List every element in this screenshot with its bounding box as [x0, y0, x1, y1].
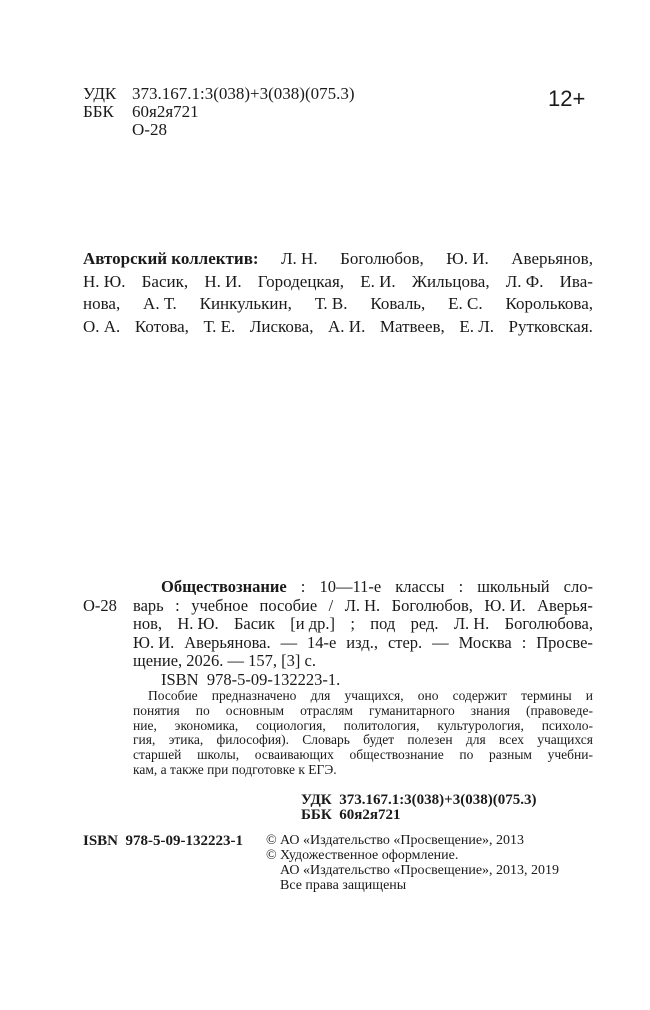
word: предназначено — [212, 689, 297, 704]
word: отраслям — [300, 704, 353, 719]
word: : — [522, 634, 527, 653]
word: О. А. — [83, 316, 120, 339]
word: психоло- — [542, 719, 593, 734]
annotation-line: ние,экономика,социология,политология,кул… — [133, 719, 593, 734]
authors-heading: Авторский коллектив: — [83, 248, 259, 271]
word: гуманитарного — [369, 704, 455, 719]
word: Е. С. — [448, 293, 482, 316]
annotation-line: кам, а также при подготовке к ЕГЭ. — [133, 763, 593, 778]
word: всех — [499, 733, 524, 748]
word: Москва — [459, 634, 512, 653]
authors-line: нова,А. Т.Кинкулькин,Т. В.Коваль,Е. С.Ко… — [83, 293, 593, 316]
word: нов, — [133, 615, 162, 634]
copyright-line: ©АО «Издательство «Просвещение», 2013 — [266, 833, 559, 848]
word: изд., — [346, 634, 378, 653]
footer-udk: УДК 373.167.1:3(038)+3(038)(075.3) — [301, 793, 536, 808]
word: для — [311, 689, 331, 704]
word: Ю. И. — [446, 248, 489, 271]
word: Просве- — [536, 634, 593, 653]
word: Н. Ю. — [83, 271, 126, 294]
word: по — [196, 704, 210, 719]
udk-value: 373.167.1:3(038)+3(038)(075.3) — [132, 85, 355, 103]
annotation-line: старшейшколы,осваивающихобществознаниепо… — [133, 748, 593, 763]
word: Аверья- — [537, 597, 593, 616]
word: социология, — [256, 719, 326, 734]
word: знания — [471, 704, 510, 719]
word: [и др.] — [290, 615, 335, 634]
word: Боголюбов, — [340, 248, 424, 271]
authors-line: Авторский коллектив: Л. Н.Боголюбов,Ю. И… — [83, 248, 593, 271]
author-mark-row: О-28 — [83, 121, 355, 139]
udk-label: УДК — [83, 85, 132, 103]
word: — — [281, 634, 298, 653]
word: сло- — [564, 578, 593, 597]
word: будет — [363, 733, 394, 748]
udk-row: УДК 373.167.1:3(038)+3(038)(075.3) — [83, 85, 355, 103]
biblio-line: нов,Н. Ю.Басик[и др.];подред.Л. Н.Боголю… — [83, 615, 593, 634]
author-collective: Авторский коллектив: Л. Н.Боголюбов,Ю. И… — [83, 248, 593, 338]
bbk-value: 60я2я721 — [132, 103, 199, 121]
word: Басик — [234, 615, 275, 634]
authors-line: Н. Ю.Басик,Н. И.Городецкая,Е. И.Жильцова… — [83, 271, 593, 294]
word: ред. — [411, 615, 439, 634]
word: философия). — [216, 733, 289, 748]
rights-reserved: Все права защищены — [266, 878, 559, 893]
footer-classification: УДК 373.167.1:3(038)+3(038)(075.3) ББК 6… — [301, 793, 536, 823]
word: Ива- — [560, 271, 593, 294]
copyright-text: АО «Издательство «Просвещение», 2013 — [280, 833, 524, 848]
word: нова, — [83, 293, 120, 316]
word: пособие — [260, 597, 318, 616]
word: Кинкулькин, — [200, 293, 292, 316]
word: оно — [418, 689, 439, 704]
word: основным — [226, 704, 284, 719]
book-title: Обществознание — [161, 578, 287, 597]
word: под — [370, 615, 395, 634]
copyright-block: ©АО «Издательство «Просвещение», 2013 ©Х… — [266, 833, 559, 893]
word: полезен — [407, 733, 452, 748]
annotation-line: понятияпоосновнымотраслямгуманитарногозн… — [133, 704, 593, 719]
word: Н. Ю. — [177, 615, 218, 634]
word: : — [459, 578, 464, 597]
word: Пособие — [148, 689, 198, 704]
biblio-author-mark: О-28 — [83, 597, 117, 616]
word: содержит — [453, 689, 507, 704]
word: Словарь — [302, 733, 350, 748]
word: щение, 2026. — 157, [3] с. — [133, 652, 316, 671]
word: и — [586, 689, 593, 704]
annotation-line: Пособиепредназначенодляучащихся,оносодер… — [133, 689, 593, 704]
copyright-icon: © — [266, 833, 280, 848]
annotation-line: гия,этика,философия).Словарьбудетполезен… — [133, 733, 593, 748]
word: по — [459, 748, 473, 763]
word: Боголюбов, — [392, 597, 473, 616]
bbk-label: ББК — [83, 103, 132, 121]
footer-bbk: ББК 60я2я721 — [301, 808, 536, 823]
classification-codes: УДК 373.167.1:3(038)+3(038)(075.3) ББК 6… — [83, 85, 355, 139]
word: 14-е — [307, 634, 336, 653]
word: Лискова, — [250, 316, 314, 339]
word: Аверьянов, — [511, 248, 593, 271]
word: Котова, — [135, 316, 189, 339]
word: Т. В. — [315, 293, 348, 316]
word: Городецкая, — [258, 271, 344, 294]
word: ние, — [133, 719, 157, 734]
word: 10—11-е — [319, 578, 381, 597]
author-mark: О-28 — [132, 121, 167, 139]
word: / — [329, 597, 334, 616]
word: А. Т. — [143, 293, 177, 316]
copyright-text: Художественное оформление. — [280, 848, 458, 863]
biblio-line: варь:учебноепособие/Л. Н.Боголюбов,Ю. И.… — [83, 597, 593, 616]
word: учебное — [191, 597, 248, 616]
word: Н. И. — [204, 271, 241, 294]
word: термины — [521, 689, 572, 704]
biblio-line: Обществознание :10—11-еклассы:школьныйсл… — [83, 578, 593, 597]
word: понятия — [133, 704, 180, 719]
biblio-line: щение, 2026. — 157, [3] с. — [83, 652, 593, 671]
word: школьный — [477, 578, 549, 597]
word: Коваль, — [370, 293, 425, 316]
word: учащихся, — [345, 689, 404, 704]
word: кам, а также при подготовке к ЕГЭ. — [133, 763, 337, 778]
word: Т. Е. — [203, 316, 235, 339]
biblio-isbn-line: ISBN 978-5-09-132223-1. — [83, 671, 593, 690]
word: Королькова, — [505, 293, 593, 316]
word: Ю. И. — [133, 634, 174, 653]
word: ; — [350, 615, 355, 634]
word: политология, — [344, 719, 420, 734]
word: Аверьянова. — [184, 634, 270, 653]
annotation: Пособиепредназначенодляучащихся,оносодер… — [133, 689, 593, 778]
word: Л. Н. — [345, 597, 380, 616]
biblio-line: Ю. И.Аверьянова.—14-еизд.,стер.—Москва:П… — [83, 634, 593, 653]
word: разным — [489, 748, 532, 763]
word: старшей — [133, 748, 181, 763]
word: Л. Н. — [281, 248, 318, 271]
word: Рутковская. — [509, 316, 593, 339]
word: варь — [133, 597, 164, 616]
word: учащихся — [537, 733, 593, 748]
word: — — [432, 634, 449, 653]
word: Матвеев, — [380, 316, 445, 339]
footer-isbn: ISBN 978-5-09-132223-1 — [83, 833, 243, 850]
authors-line: О. А.Котова,Т. Е.Лискова,А. И.Матвеев,Е.… — [83, 316, 593, 339]
word: учебни- — [548, 748, 593, 763]
word: Ю. И. — [484, 597, 525, 616]
word: Л. Ф. — [506, 271, 544, 294]
copyright-line: ©Художественное оформление. — [266, 848, 559, 863]
word: : — [175, 597, 180, 616]
word: культурология, — [437, 719, 524, 734]
word: А. И. — [328, 316, 365, 339]
biblio-isbn: ISBN 978-5-09-132223-1. — [161, 671, 340, 690]
word: гия, — [133, 733, 155, 748]
word: стер. — [388, 634, 422, 653]
word: Боголюбова, — [505, 615, 593, 634]
word: школы, — [197, 748, 239, 763]
word: (правоведе- — [526, 704, 593, 719]
bbk-row: ББК 60я2я721 — [83, 103, 355, 121]
age-rating: 12+ — [548, 86, 585, 112]
copyright-icon: © — [266, 848, 280, 863]
word: Жильцова, — [412, 271, 490, 294]
word: Л. Н. — [454, 615, 489, 634]
bibliographic-record: О-28 Обществознание :10—11-еклассы:школь… — [83, 578, 593, 689]
word: этика, — [169, 733, 204, 748]
word: Е. И. — [360, 271, 395, 294]
word: для — [466, 733, 486, 748]
word: Е. Л. — [459, 316, 494, 339]
word: Басик, — [142, 271, 188, 294]
copyright-line: АО «Издательство «Просвещение», 2013, 20… — [266, 863, 559, 878]
word: классы — [395, 578, 444, 597]
word: обществознание — [350, 748, 444, 763]
word: экономика, — [175, 719, 239, 734]
word: : — [301, 578, 306, 597]
word: осваивающих — [255, 748, 334, 763]
